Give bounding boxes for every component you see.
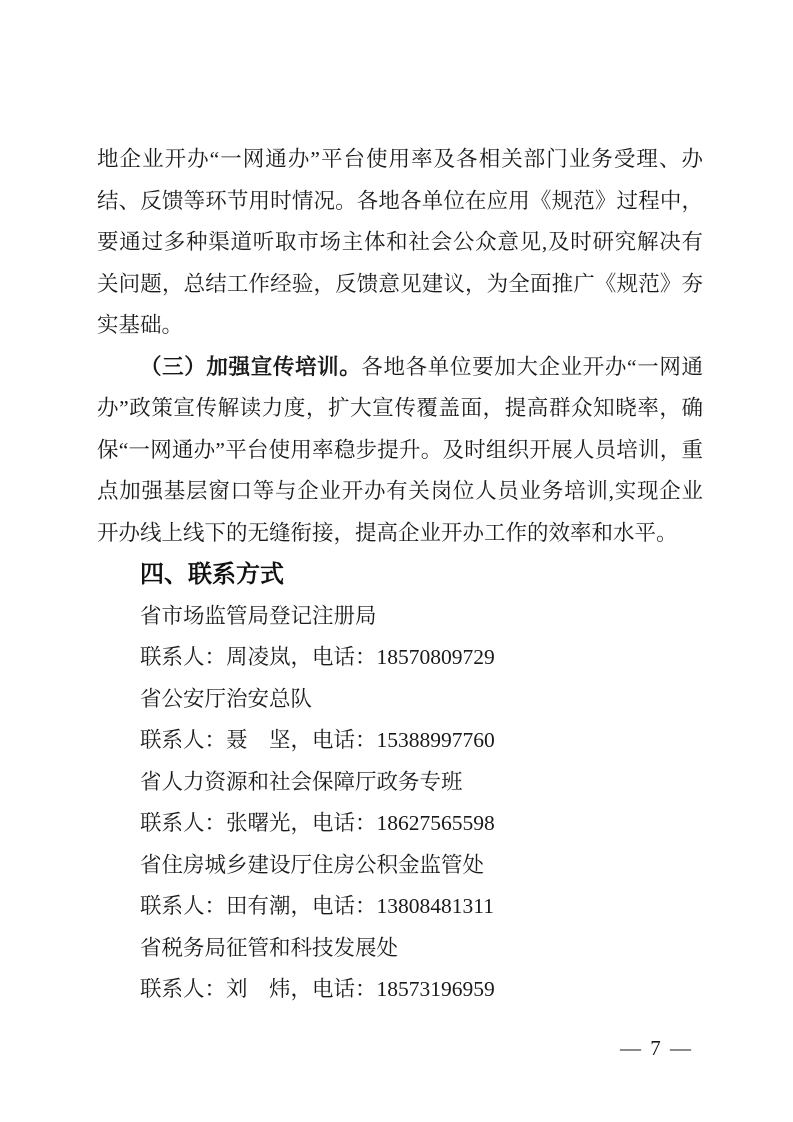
contact-org: 省人力资源和社会保障厅政务专班	[97, 762, 703, 804]
contact-org: 省公安厅治安总队	[97, 679, 703, 721]
paragraph-text: 各地各单位要加大企业开办“一网通办”政策宣传解读力度，扩大宣传覆盖面，提高群众知…	[97, 355, 703, 545]
page-number: — 7 —	[620, 1036, 693, 1060]
contact-entry: 省税务局征管和科技发展处 联系人：刘 炜，电话：18573196959	[97, 928, 703, 1011]
document-page: 地企业开办“一网通办”平台使用率及各相关部门业务受理、办结、反馈等环节用时情况。…	[0, 0, 793, 1122]
contact-info: 联系人：田有潮，电话：13808481311	[97, 886, 703, 928]
body-paragraph-2: （三）加强宣传培训。各地各单位要加大企业开办“一网通办”政策宣传解读力度，扩大宣…	[97, 347, 703, 555]
document-content: 地企业开办“一网通办”平台使用率及各相关部门业务受理、办结、反馈等环节用时情况。…	[97, 139, 703, 1011]
body-paragraph-1: 地企业开办“一网通办”平台使用率及各相关部门业务受理、办结、反馈等环节用时情况。…	[97, 139, 703, 347]
contact-info: 联系人：刘 炜，电话：18573196959	[97, 969, 703, 1011]
contact-entry: 省公安厅治安总队 联系人：聂 坚，电话：15388997760	[97, 679, 703, 762]
paragraph-lead: （三）加强宣传培训。	[140, 355, 361, 379]
section-heading: 四、联系方式	[97, 554, 703, 596]
contact-entry: 省人力资源和社会保障厅政务专班 联系人：张曙光，电话：18627565598	[97, 762, 703, 845]
contact-entry: 省住房城乡建设厅住房公积金监管处 联系人：田有潮，电话：13808481311	[97, 845, 703, 928]
contact-info: 联系人：聂 坚，电话：15388997760	[97, 720, 703, 762]
contact-info: 联系人：周凌岚，电话：18570809729	[97, 637, 703, 679]
contact-entry: 省市场监管局登记注册局 联系人：周凌岚，电话：18570809729	[97, 596, 703, 679]
contact-org: 省住房城乡建设厅住房公积金监管处	[97, 845, 703, 887]
contact-org: 省税务局征管和科技发展处	[97, 928, 703, 970]
contact-info: 联系人：张曙光，电话：18627565598	[97, 803, 703, 845]
contact-org: 省市场监管局登记注册局	[97, 596, 703, 638]
